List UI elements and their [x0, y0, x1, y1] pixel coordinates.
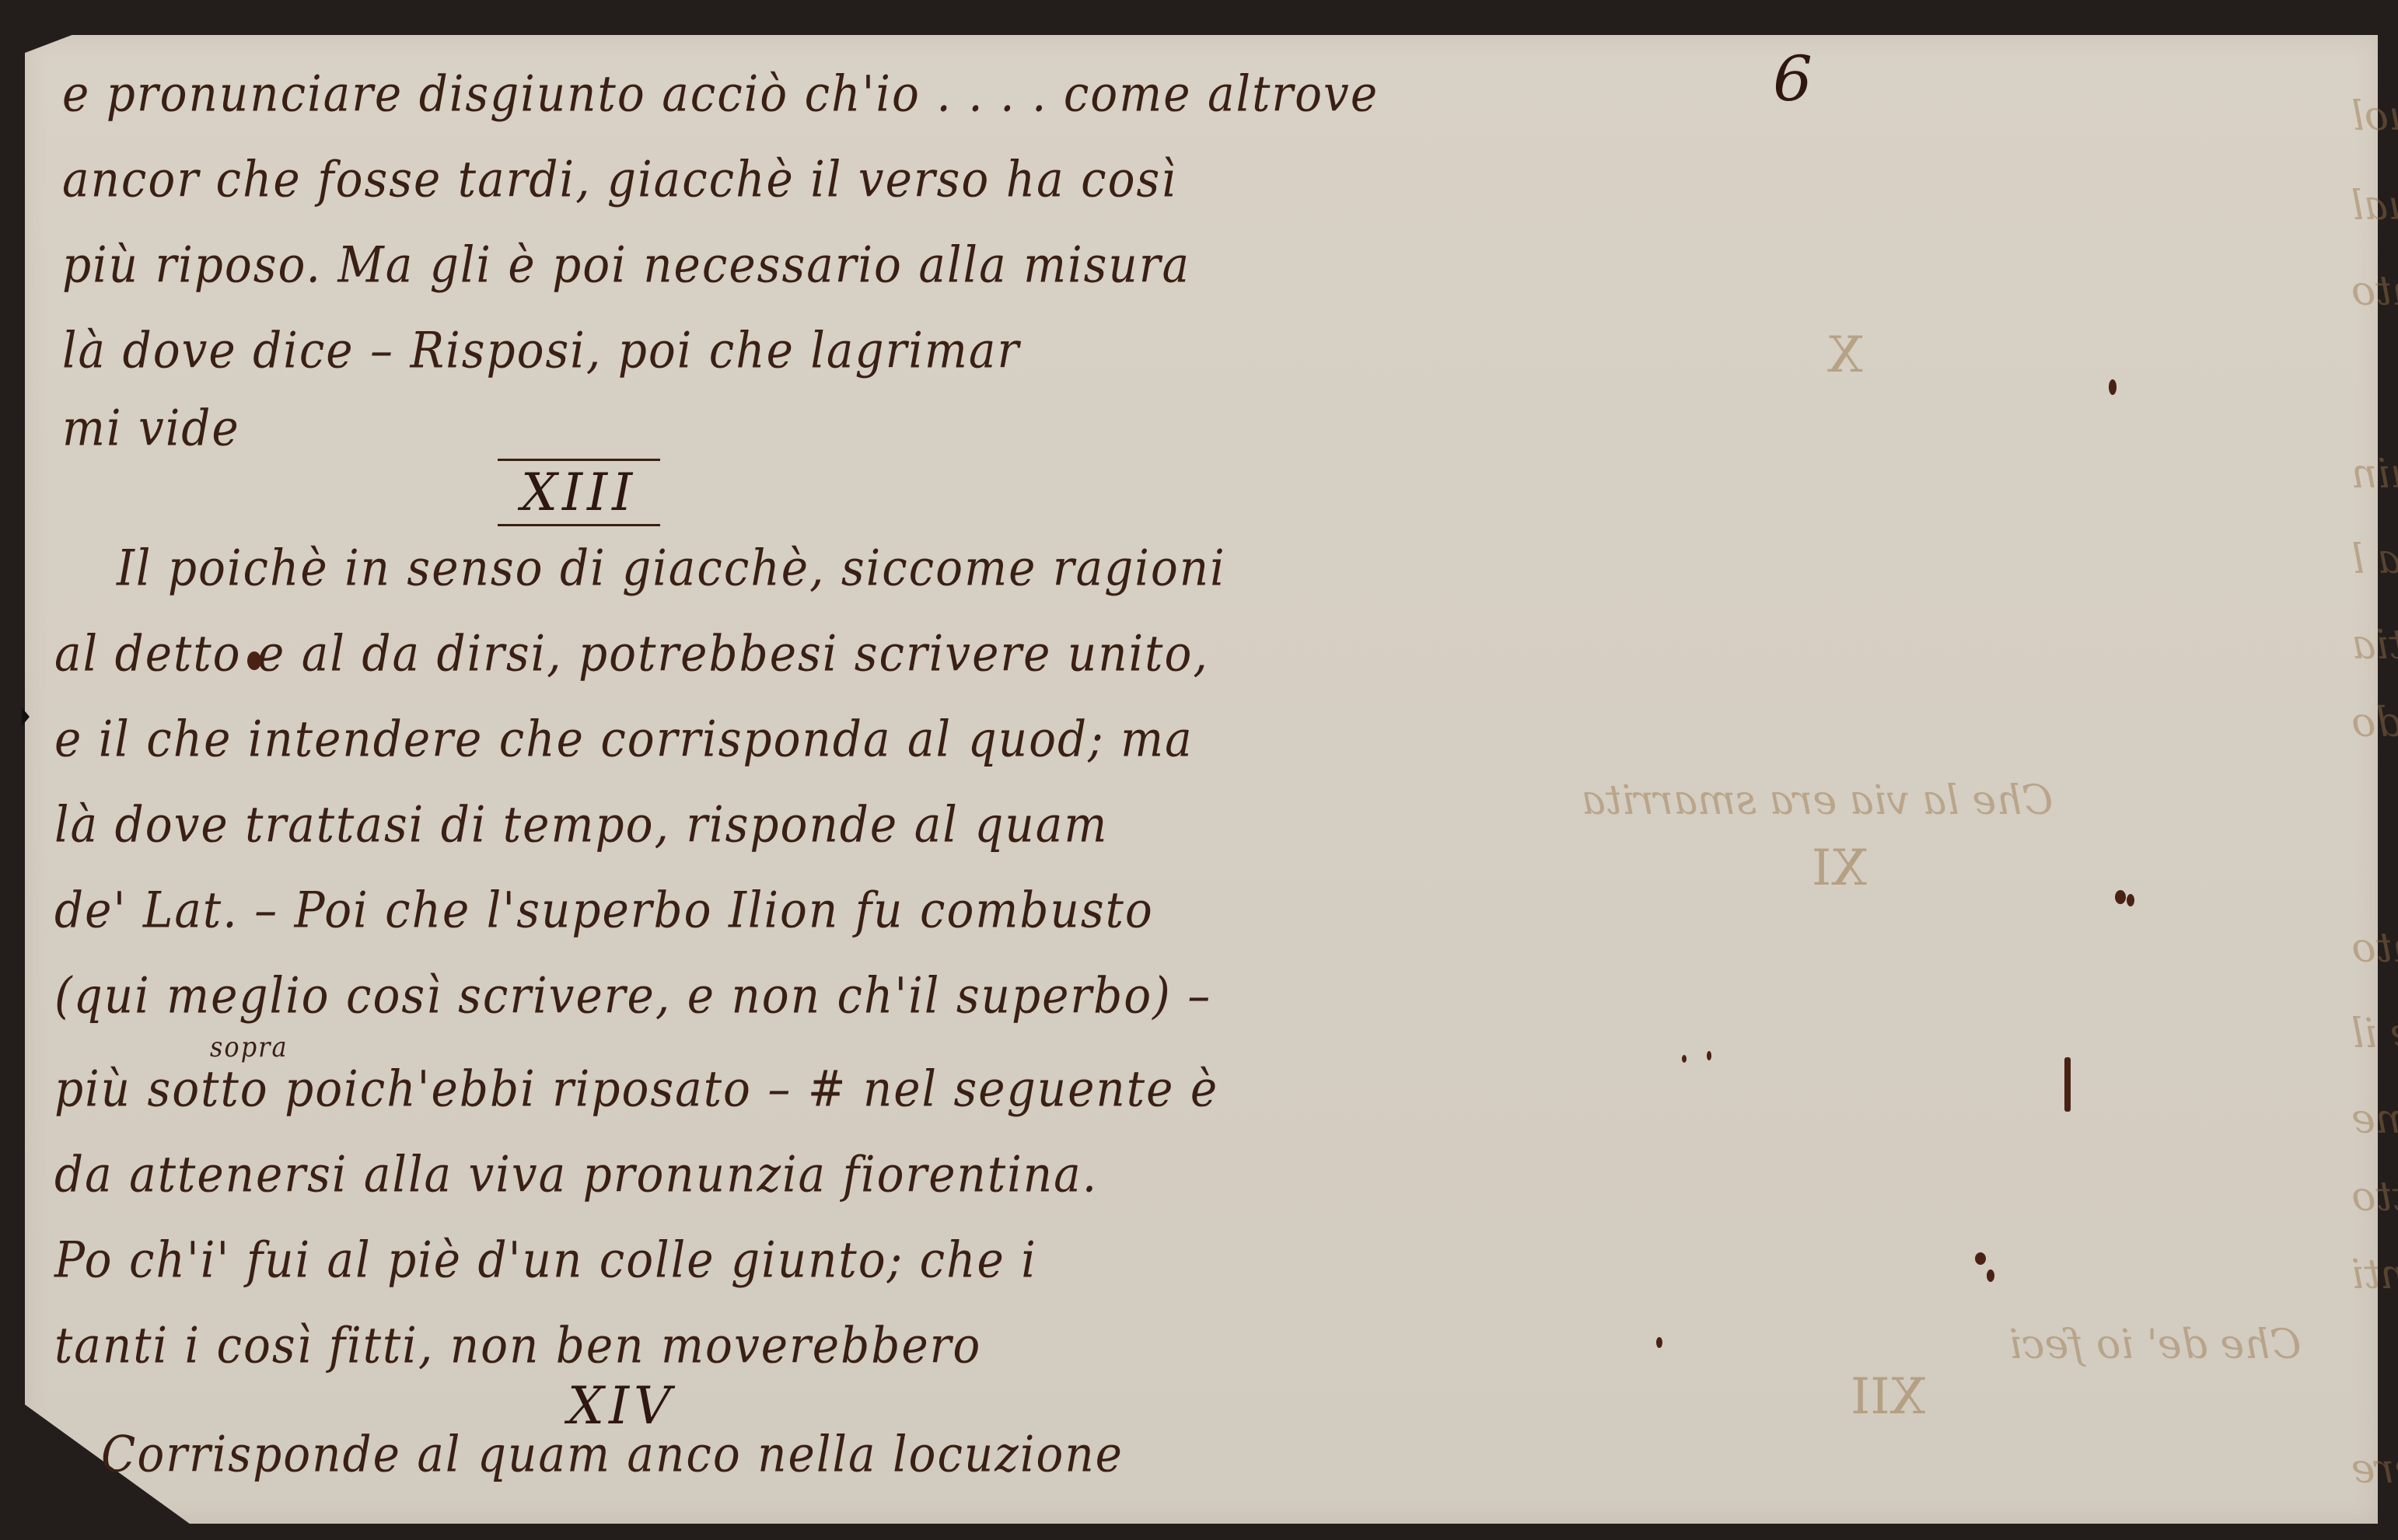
ink-spot	[1975, 1252, 1986, 1265]
ink-spot	[2115, 890, 2126, 904]
xiii-line-10: tanti i così fitti, non ben moverebbero	[54, 1316, 981, 1374]
bleed-line-5: de' Lat. e il dont franc. – Cintorni da …	[2351, 536, 2398, 583]
xiii-line-7: più sotto poich'ebbi riposato – # nel se…	[54, 1060, 1218, 1118]
ink-spot	[1656, 1337, 1662, 1348]
recto-line-4: là dove dice – Risposi, poi che lagrimar	[62, 321, 1020, 379]
xiii-line-6: (qui meglio così scrivere, e non ch'il s…	[54, 966, 1211, 1025]
bleed-line-1: perchè io fui sbigottito . . . don vuol	[2351, 93, 2398, 140]
interlinear-insert: sopra	[210, 1031, 288, 1063]
bleed-line-4: Trovo in senso di pervenendo, come il qu…	[2351, 451, 2398, 498]
ink-spot	[1707, 1051, 1711, 1060]
recto-line-3: più riposo. Ma gli è poi necessario alla…	[62, 236, 1190, 294]
bleed-line-3: cosa, per lo che, talun la scrivono era …	[2351, 268, 2398, 315]
xiv-line-1: Corrisponde al quam anco nella locuzione	[101, 1425, 1124, 1483]
xiii-line-3: e il che intendere che corrisponda al qu…	[54, 710, 1194, 768]
xiii-line-4: là dove trattasi di tempo, risponde al q…	[54, 795, 1108, 854]
xiii-line-5: de' Lat. – Poi che l'superbo Ilion fu co…	[54, 881, 1154, 939]
bleed-line-11: valore più meglio intendo. Il pronome	[2351, 1096, 2398, 1143]
bleed-line-13: talvolta conviene scriverlo gli accenti	[2351, 1252, 2398, 1298]
ink-spot	[1987, 1269, 1994, 1282]
section-heading-xiii: XIII	[498, 459, 660, 526]
bleed-line-10: e potrebbe non scriverlo, acciocchè il	[2351, 1011, 2398, 1057]
xiii-line-2: al detto e al da dirsi, potrebbesi scriv…	[54, 624, 1209, 683]
bleed-heading-xi: XI	[1812, 840, 1867, 897]
ink-spot	[2127, 894, 2134, 906]
left-margin-mark	[22, 707, 30, 726]
bleed-line-8: Che la via era smarrita	[1582, 777, 2054, 824]
ink-spot	[2109, 379, 2117, 395]
bleed-heading-x: X	[1827, 327, 1863, 384]
bleed-line-7: Che quello impedir . . . e così intendo	[2351, 700, 2398, 746]
recto-line-5: mi vide	[62, 399, 240, 457]
ink-spot	[1682, 1055, 1687, 1063]
bleed-line-6: Ch'ella mi fe tremar – Che questa bestia	[2351, 622, 2398, 669]
recto-line-1: e pronunciare disgiunto acciò ch'io . . …	[62, 65, 1379, 123]
xiii-line-9: Po ch'i' fui al piè d'un colle giunto; c…	[54, 1231, 1037, 1289]
bleed-line-2: quando questa particella significa per l…	[2351, 183, 2398, 229]
xiii-line-1: Il poichè in senso di giacchè, siccome r…	[117, 539, 1226, 597]
page-number: 6	[1773, 43, 1812, 115]
bleed-line-14: Che de' io feci	[2009, 1322, 2302, 1368]
recto-line-2: ancor che fosse tardi, giacchè il verso …	[62, 150, 1177, 208]
xiii-line-8: da attenersi alla viva pronunzia fiorent…	[54, 1145, 1098, 1203]
ink-streak	[2064, 1057, 2071, 1112]
bleed-line-9: Nel senso ov'era notata questa l'accento	[2351, 925, 2398, 972]
ink-blot	[247, 651, 261, 670]
bleed-heading-xii: XII	[1851, 1368, 1925, 1426]
bleed-line-15: Nell'ultimo, mi pare più dolce scrivere	[2351, 1446, 2398, 1493]
bleed-line-12: volentieri. Del ben ch'i' vi trovai, tto	[2351, 1174, 2398, 1220]
